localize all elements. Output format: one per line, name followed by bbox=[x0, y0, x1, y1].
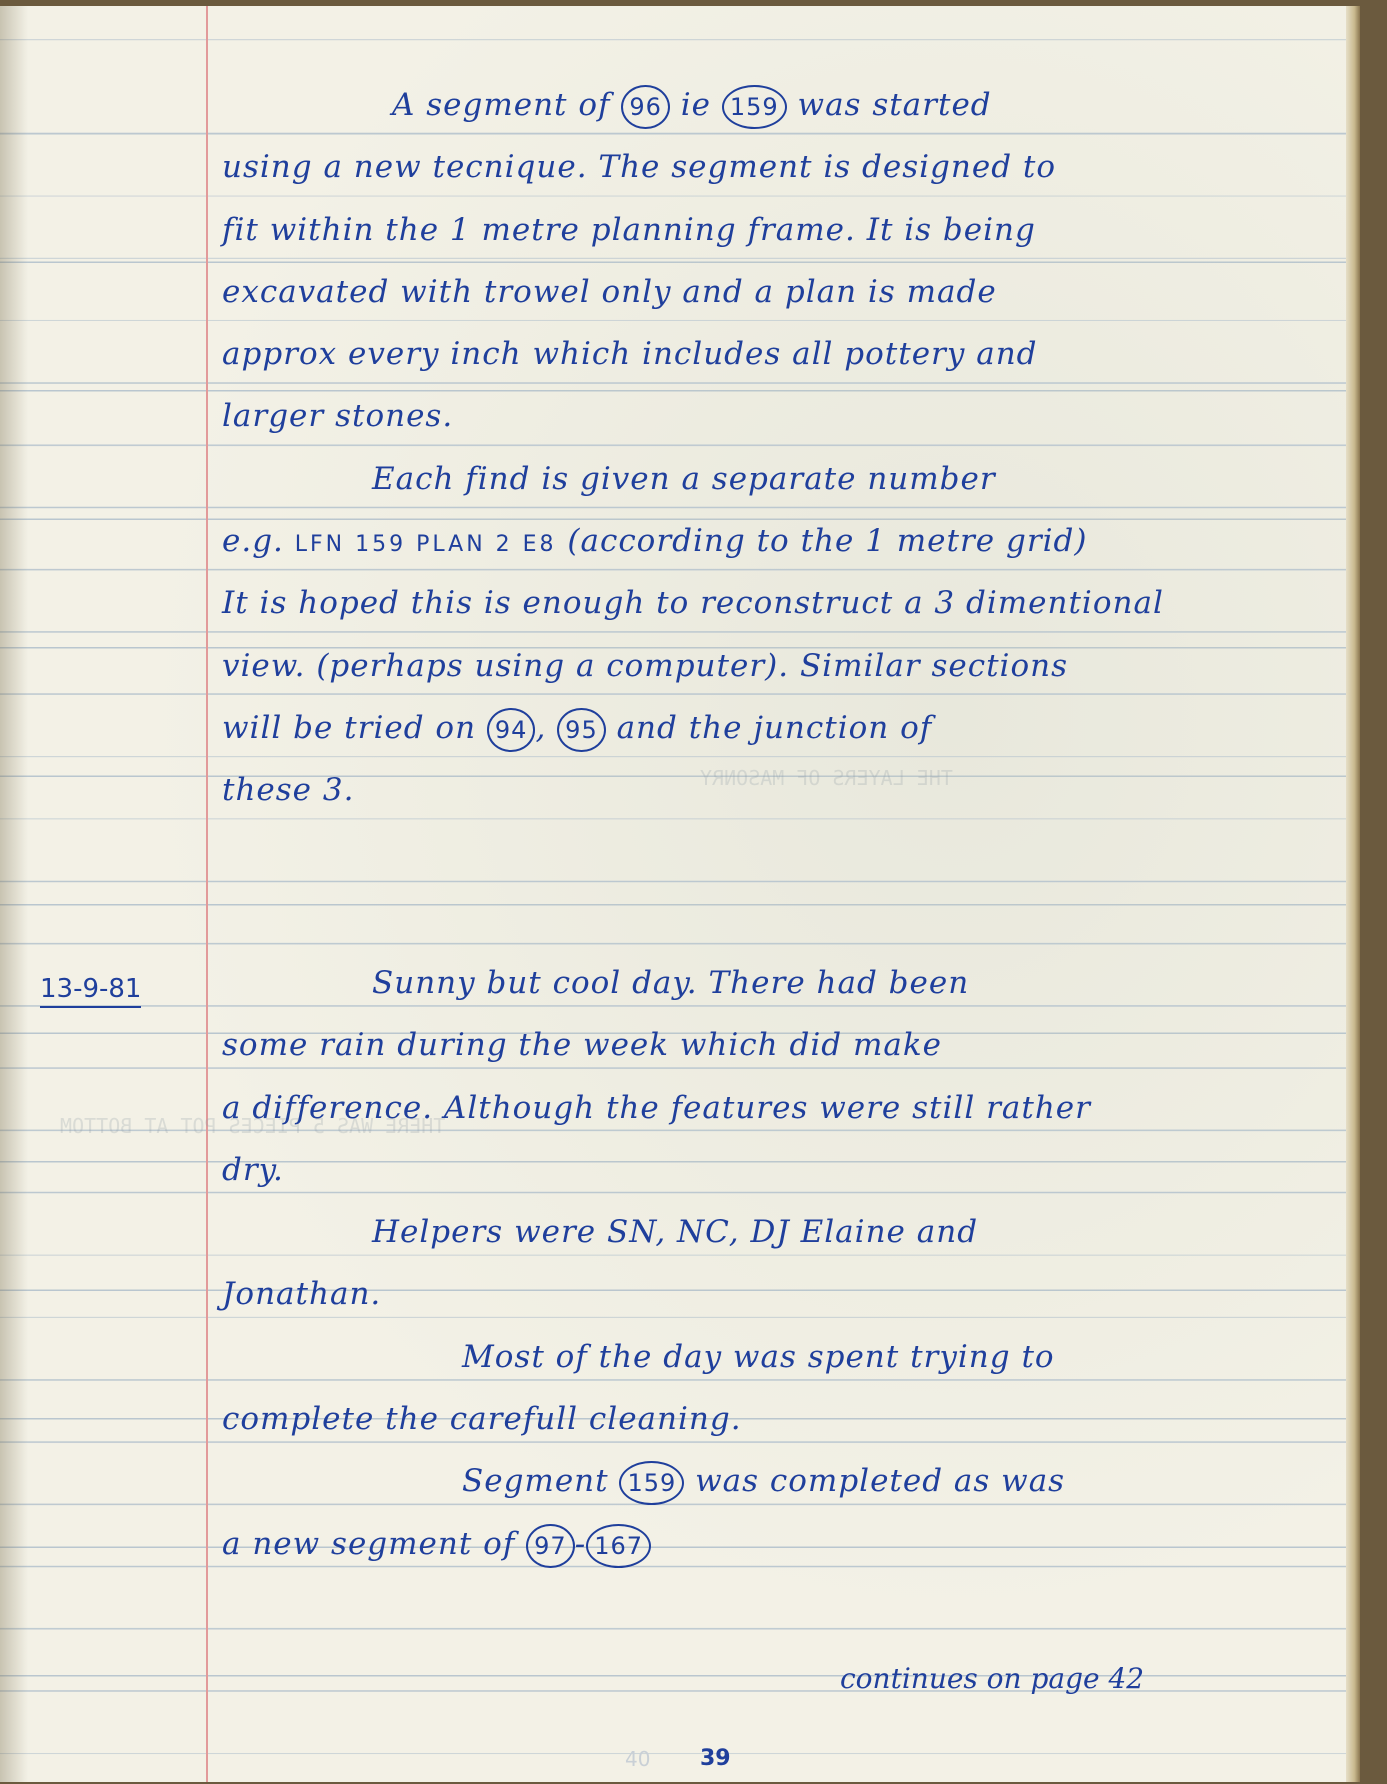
text-line: complete the carefull cleaning. bbox=[222, 1388, 1342, 1450]
text-line: these 3. bbox=[222, 759, 1342, 821]
circled-context-number: 94 bbox=[487, 708, 536, 752]
text-line: It is hoped this is enough to reconstruc… bbox=[222, 572, 1342, 634]
spine-shadow bbox=[0, 6, 28, 1782]
text-line: Segment 159 was completed as was bbox=[222, 1450, 1342, 1512]
text-line: dry. bbox=[222, 1139, 1342, 1201]
circled-context-number: 167 bbox=[586, 1524, 651, 1568]
margin-line bbox=[206, 6, 208, 1782]
entry-date: 13-9-81 bbox=[40, 974, 141, 1008]
text-line: using a new tecnique. The segment is des… bbox=[222, 136, 1342, 198]
text-line: Helpers were SN, NC, DJ Elaine and bbox=[222, 1201, 1342, 1263]
text-line: Most of the day was spent trying to bbox=[222, 1326, 1342, 1388]
circled-context-number: 159 bbox=[722, 85, 787, 129]
text-line: Each find is given a separate number bbox=[222, 448, 1342, 510]
text-line: some rain during the week which did make bbox=[222, 1014, 1342, 1076]
entry-1: A segment of 96 ie 159 was started using… bbox=[222, 74, 1342, 822]
circled-context-number: 96 bbox=[621, 85, 670, 129]
text-line: view. (perhaps using a computer). Simila… bbox=[222, 635, 1342, 697]
notebook-page: THE LAYERS OF MASONRY THERE WAS 5 PIECES… bbox=[0, 6, 1360, 1782]
text-line: excavated with trowel only and a plan is… bbox=[222, 261, 1342, 323]
text-line: Sunny but cool day. There had been bbox=[222, 952, 1342, 1014]
text-line: fit within the 1 metre planning frame. I… bbox=[222, 199, 1342, 261]
entry-2: Sunny but cool day. There had been some … bbox=[222, 952, 1342, 1575]
text-line: a new segment of 97-167 bbox=[222, 1513, 1342, 1575]
bleed-through-page-number: 40 bbox=[625, 1747, 650, 1771]
page-edge bbox=[1346, 6, 1360, 1782]
find-reference: LFN 159 PLAN 2 E8 bbox=[295, 532, 557, 557]
text-line: approx every inch which includes all pot… bbox=[222, 323, 1342, 385]
circled-context-number: 97 bbox=[526, 1524, 575, 1568]
text-line: Jonathan. bbox=[222, 1263, 1342, 1325]
continuation-note: continues on page 42 bbox=[840, 1662, 1144, 1695]
text-line: A segment of 96 ie 159 was started bbox=[222, 74, 1342, 136]
text-line: e.g. LFN 159 PLAN 2 E8 (according to the… bbox=[222, 510, 1342, 572]
page-number: 39 bbox=[700, 1746, 731, 1771]
text-line: a difference. Although the features were… bbox=[222, 1077, 1342, 1139]
circled-context-number: 159 bbox=[619, 1461, 684, 1505]
text-line: larger stones. bbox=[222, 385, 1342, 447]
circled-context-number: 95 bbox=[557, 708, 606, 752]
text-line: will be tried on 94, 95 and the junction… bbox=[222, 697, 1342, 759]
